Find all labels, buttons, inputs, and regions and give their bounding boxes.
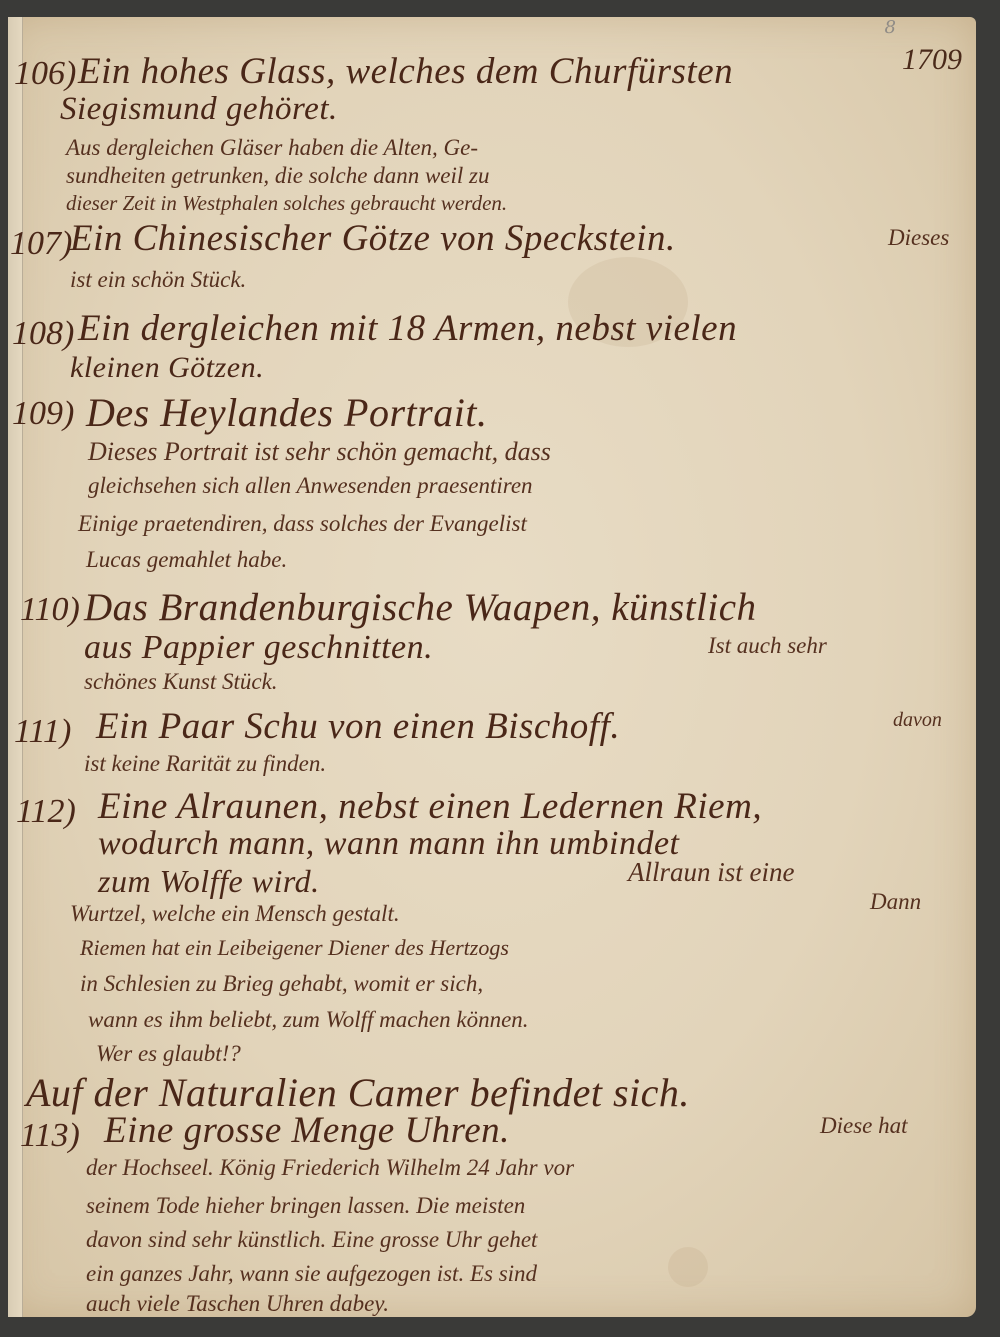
entry-note: ist ein schön Stück. (70, 267, 246, 293)
entry-number: 111) (14, 713, 71, 751)
year-annotation: 1709 (902, 43, 962, 77)
entry-note: Dann (870, 889, 921, 915)
entry-title: zum Wolffe wird. (98, 863, 320, 900)
entry-note: Ist auch sehr (708, 633, 827, 659)
entry-number: 108) (12, 315, 74, 353)
entry-note: Riemen hat ein Leibeigener Diener des He… (80, 935, 509, 961)
entry-title: Ein Paar Schu von einen Bischoff. (96, 705, 620, 748)
entry-note: Einige praetendiren, dass solches der Ev… (78, 511, 527, 537)
entry-note: der Hochseel. König Friederich Wilhelm 2… (86, 1155, 574, 1181)
entry-note: Wurtzel, welche ein Mensch gestalt. (70, 901, 400, 927)
entry-number: 113) (20, 1117, 80, 1155)
entry-note: seinem Tode hieher bringen lassen. Die m… (86, 1193, 525, 1219)
entry-title: Siegismund gehöret. (60, 91, 338, 128)
entry-title: Ein Chinesischer Götze von Speckstein. (70, 217, 676, 260)
entry-note: Dieses (888, 225, 949, 251)
entry-note: schönes Kunst Stück. (84, 669, 278, 695)
entry-title: Ein hohes Glass, welches dem Churfürsten (78, 50, 733, 93)
entry-note: Wer es glaubt!? (96, 1041, 241, 1067)
entry-note: wann es ihm beliebt, zum Wolff machen kö… (88, 1007, 529, 1033)
entry-note: ist keine Rarität zu finden. (84, 751, 326, 777)
entry-note: sundheiten getrunken, die solche dann we… (66, 163, 490, 189)
entry-number: 110) (20, 591, 80, 629)
entry-title: Eine Alraunen, nebst einen Ledernen Riem… (98, 785, 762, 828)
entry-note: davon (893, 709, 942, 732)
folio-number: 8 (885, 17, 896, 38)
entry-title: Das Brandenburgische Waapen, künstlich (84, 585, 757, 630)
entry-title: Ein dergleichen mit 18 Armen, nebst viel… (78, 307, 737, 350)
entry-note: in Schlesien zu Brieg gehabt, womit er s… (80, 971, 483, 997)
entry-title: Eine grosse Menge Uhren. (104, 1109, 510, 1152)
entry-note: Diese hat (820, 1113, 908, 1139)
entry-title: kleinen Götzen. (70, 351, 264, 385)
entry-note: Lucas gemahlet habe. (86, 547, 287, 573)
entry-note: Aus dergleichen Gläser haben die Alten, … (66, 135, 478, 161)
entry-number: 112) (16, 793, 76, 831)
entry-number: 107) (10, 225, 72, 263)
entry-title: wodurch mann, wann mann ihn umbindet (98, 825, 680, 863)
entry-note: auch viele Taschen Uhren dabey. (86, 1291, 389, 1317)
paper-stain (668, 1247, 708, 1287)
entry-note: Allraun ist eine (628, 857, 794, 888)
entry-note: Dieses Portrait ist sehr schön gemacht, … (88, 437, 551, 467)
entry-number: 106) (14, 55, 76, 93)
entry-note: dieser Zeit in Westphalen solches gebrau… (66, 191, 507, 216)
manuscript-page: 8 1709 106) Ein hohes Glass, welches dem… (8, 17, 976, 1317)
entry-note: davon sind sehr künstlich. Eine grosse U… (86, 1227, 537, 1253)
entry-number: 109) (12, 395, 74, 433)
entry-title: Des Heylandes Portrait. (86, 389, 487, 436)
entry-note: ein ganzes Jahr, wann sie aufgezogen ist… (86, 1261, 537, 1287)
entry-title: aus Pappier geschnitten. (84, 629, 433, 667)
entry-note: gleichsehen sich allen Anwesenden praese… (88, 473, 533, 499)
